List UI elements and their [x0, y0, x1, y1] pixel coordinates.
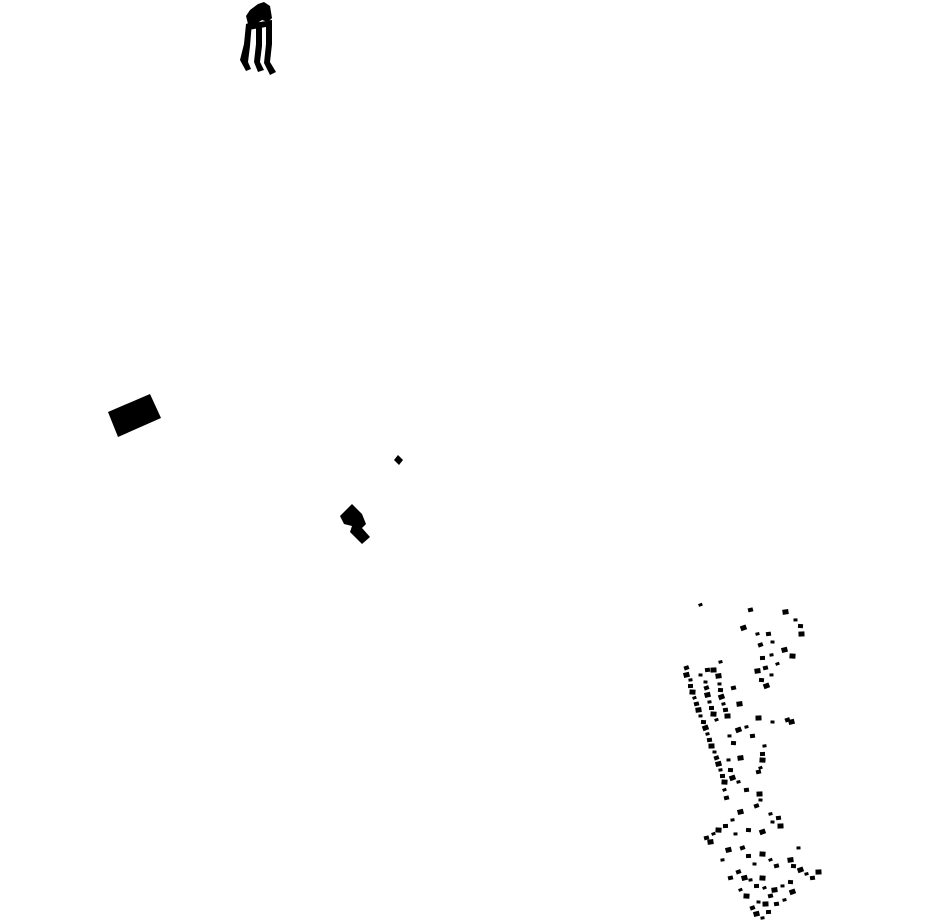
- building-footprint: [798, 631, 804, 636]
- building-footprint: [710, 711, 716, 716]
- building-footprint: [688, 684, 693, 688]
- building-footprint: [766, 632, 772, 637]
- building-footprint: [762, 901, 768, 906]
- building-footprint: [769, 653, 773, 657]
- building-footprint: [712, 750, 716, 753]
- building-footprint: [756, 900, 760, 903]
- building-footprint: [721, 779, 727, 784]
- building-footprint: [770, 820, 774, 823]
- building-footprint: [760, 656, 765, 660]
- building-footprint: [796, 846, 800, 849]
- building-footprint: [758, 798, 762, 801]
- building-footprint: [760, 916, 764, 920]
- building-footprint: [707, 738, 713, 743]
- building-footprint: [715, 827, 721, 832]
- building-footprint: [728, 768, 733, 772]
- building-footprint: [777, 823, 783, 828]
- building-footprint: [743, 893, 749, 898]
- building-footprint: [689, 689, 695, 694]
- building-footprint: [787, 857, 794, 863]
- building-footprint: [780, 884, 784, 887]
- building-footprint: [733, 832, 737, 835]
- building-footprint: [759, 678, 764, 682]
- building-footprint: [708, 743, 714, 748]
- building-footprint: [810, 876, 816, 881]
- building-footprint: [705, 668, 711, 673]
- building-footprint: [770, 720, 774, 723]
- building-footprint: [793, 618, 797, 621]
- building-footprint: [782, 609, 789, 615]
- building-footprint: [771, 887, 778, 893]
- building-footprint: [788, 880, 793, 884]
- building-footprint: [707, 839, 714, 845]
- building-footprint: [815, 869, 821, 874]
- building-footprint: [720, 774, 725, 778]
- building-footprint: [769, 673, 773, 676]
- building-footprint: [710, 667, 716, 672]
- building-footprint: [762, 744, 766, 748]
- building-footprint: [748, 878, 752, 882]
- building-footprint: [744, 788, 750, 793]
- building-footprint: [707, 700, 711, 704]
- building-footprint: [789, 653, 795, 658]
- building-footprint: [698, 673, 702, 676]
- building-footprint: [723, 708, 729, 713]
- building-footprint: [798, 624, 803, 628]
- building-footprint: [731, 741, 736, 745]
- building-footprint: [774, 902, 780, 907]
- building-footprint: [701, 720, 706, 724]
- building-footprint: [766, 910, 771, 914]
- map-background: [0, 0, 930, 924]
- building-footprint: [720, 858, 724, 862]
- building-footprint: [776, 816, 782, 821]
- building-footprint: [723, 824, 728, 828]
- building-footprint: [695, 707, 702, 713]
- building-footprint: [759, 875, 765, 880]
- building-footprint: [703, 680, 707, 683]
- building-footprint: [718, 688, 723, 692]
- building-footprint: [791, 864, 796, 868]
- building-footprint: [724, 713, 730, 718]
- building-footprint: [688, 678, 692, 682]
- building-footprint: [698, 714, 702, 717]
- map-canvas[interactable]: [0, 0, 930, 924]
- building-footprint: [754, 884, 759, 888]
- building-footprint: [736, 701, 743, 707]
- building-footprint: [755, 715, 761, 720]
- building-footprint: [715, 673, 722, 679]
- building-footprint: [726, 758, 730, 761]
- building-footprint: [727, 734, 731, 737]
- building-footprint: [717, 682, 721, 685]
- building-footprint: [718, 768, 722, 772]
- building-footprint: [759, 851, 765, 856]
- building-footprint: [730, 818, 734, 822]
- building-footprint: [756, 791, 762, 796]
- building-footprint: [746, 828, 751, 832]
- building-footprint: [737, 755, 744, 761]
- building-footprint: [752, 862, 756, 865]
- building-footprint: [760, 752, 765, 756]
- building-footprint: [750, 734, 756, 739]
- building-footprint: [770, 640, 774, 643]
- building-footprint: [746, 854, 751, 858]
- building-footprint: [754, 668, 761, 674]
- building-footprint: [709, 706, 714, 710]
- building-footprint: [759, 757, 765, 762]
